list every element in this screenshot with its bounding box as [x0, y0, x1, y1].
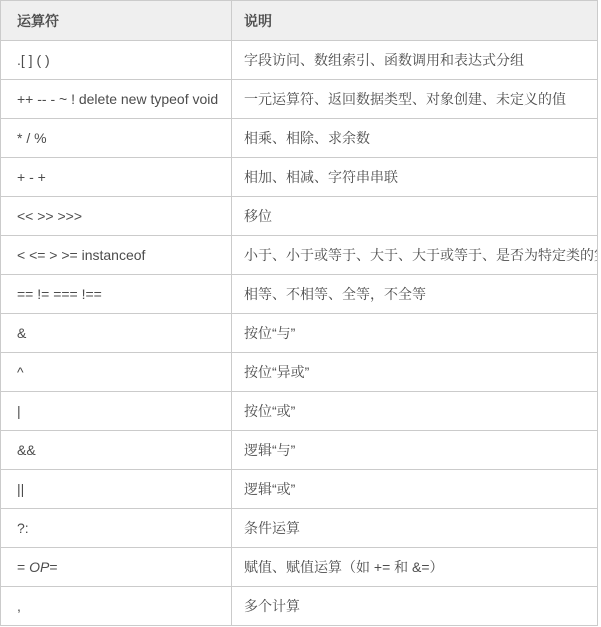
operator-text-pre: = — [17, 559, 29, 575]
operator-cell: << >> >>> — [1, 197, 232, 236]
table-row: ?: 条件运算 — [1, 509, 598, 548]
operator-cell: < <= > >= instanceof — [1, 236, 232, 275]
operator-cell: || — [1, 470, 232, 509]
description-cell: 相等、不相等、全等，不全等 — [232, 275, 598, 314]
operators-table: 运算符 说明 .[ ] ( ) 字段访问、数组索引、函数调用和表达式分组 ++ … — [0, 0, 598, 626]
operator-cell: + - + — [1, 158, 232, 197]
operator-cell: ^ — [1, 353, 232, 392]
operator-cell: , — [1, 587, 232, 626]
table-row: = OP= 赋值、赋值运算（如 += 和 &=） — [1, 548, 598, 587]
col-header-operator: 运算符 — [1, 1, 232, 41]
operator-cell: && — [1, 431, 232, 470]
operator-cell: * / % — [1, 119, 232, 158]
description-cell: 一元运算符、返回数据类型、对象创建、未定义的值 — [232, 80, 598, 119]
operator-cell: | — [1, 392, 232, 431]
table-row: < <= > >= instanceof 小于、小于或等于、大于、大于或等于、是… — [1, 236, 598, 275]
description-cell: 小于、小于或等于、大于、大于或等于、是否为特定类的实例 — [232, 236, 598, 275]
description-cell: 赋值、赋值运算（如 += 和 &=） — [232, 548, 598, 587]
operator-text-post: = — [49, 559, 57, 575]
table-row: ^ 按位“异或” — [1, 353, 598, 392]
table-row: << >> >>> 移位 — [1, 197, 598, 236]
operator-cell: == != === !== — [1, 275, 232, 314]
description-cell: 相加、相减、字符串串联 — [232, 158, 598, 197]
table-header: 运算符 说明 — [1, 1, 598, 41]
table-row: | 按位“或” — [1, 392, 598, 431]
operator-cell: ++ -- - ~ ! delete new typeof void — [1, 80, 232, 119]
table-row: && 逻辑“与” — [1, 431, 598, 470]
table-body: .[ ] ( ) 字段访问、数组索引、函数调用和表达式分组 ++ -- - ~ … — [1, 41, 598, 626]
operator-cell: = OP= — [1, 548, 232, 587]
header-row: 运算符 说明 — [1, 1, 598, 41]
table-row: & 按位“与” — [1, 314, 598, 353]
table-row: == != === !== 相等、不相等、全等，不全等 — [1, 275, 598, 314]
operator-cell: & — [1, 314, 232, 353]
table-row: .[ ] ( ) 字段访问、数组索引、函数调用和表达式分组 — [1, 41, 598, 80]
table-row: + - + 相加、相减、字符串串联 — [1, 158, 598, 197]
table-row: , 多个计算 — [1, 587, 598, 626]
operator-op-italic: OP — [29, 559, 49, 575]
table-row: || 逻辑“或” — [1, 470, 598, 509]
description-cell: 按位“或” — [232, 392, 598, 431]
description-cell: 相乘、相除、求余数 — [232, 119, 598, 158]
col-header-description: 说明 — [232, 1, 598, 41]
table-row: * / % 相乘、相除、求余数 — [1, 119, 598, 158]
description-cell: 按位“异或” — [232, 353, 598, 392]
description-cell: 移位 — [232, 197, 598, 236]
description-cell: 逻辑“与” — [232, 431, 598, 470]
operator-cell: .[ ] ( ) — [1, 41, 232, 80]
description-cell: 按位“与” — [232, 314, 598, 353]
description-cell: 字段访问、数组索引、函数调用和表达式分组 — [232, 41, 598, 80]
description-cell: 条件运算 — [232, 509, 598, 548]
table-row: ++ -- - ~ ! delete new typeof void 一元运算符… — [1, 80, 598, 119]
description-cell: 多个计算 — [232, 587, 598, 626]
description-cell: 逻辑“或” — [232, 470, 598, 509]
operator-cell: ?: — [1, 509, 232, 548]
